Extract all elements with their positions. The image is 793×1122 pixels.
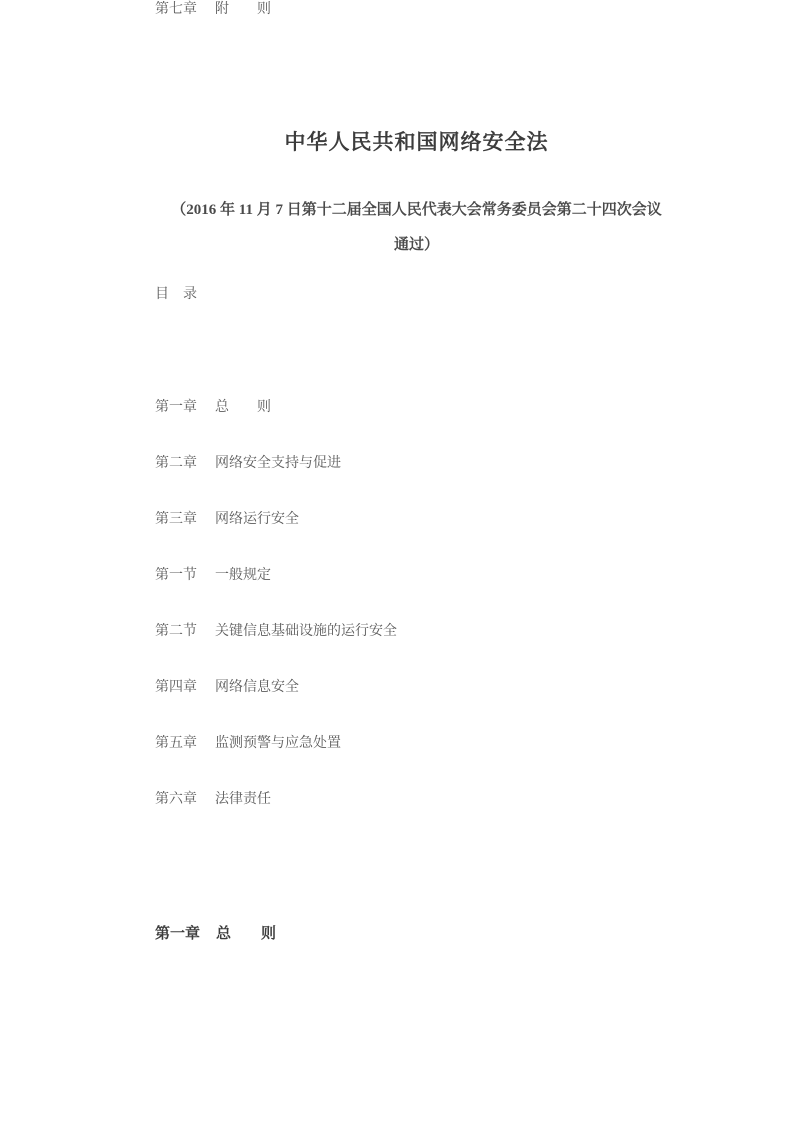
section-heading-label: 第一章 [155,924,200,945]
toc-item-title: 网络运行安全 [215,512,299,527]
toc-item-title: 网络安全支持与促进 [215,456,341,471]
toc-item-chapter-4: 第四章网络信息安全 [155,678,299,698]
subtitle-line-2: 通过） [394,237,439,253]
toc-item-title: 附 则 [215,2,271,17]
document-content: 中华人民共和国网络安全法 （2016 年 11 月 7 日第十二届全国人民代表大… [155,0,678,1122]
section-heading-chapter-1: 第一章总 则 [155,924,276,945]
toc-item-label: 第二节 [155,622,197,642]
toc-item-label: 第六章 [155,790,197,810]
toc-item-title: 网络信息安全 [215,680,299,695]
toc-heading: 目 录 [155,285,197,305]
toc-item-label: 第二章 [155,454,197,474]
section-heading-title: 总 则 [216,926,276,942]
toc-item-title: 监测预警与应急处置 [215,736,341,751]
toc-item-label: 第四章 [155,678,197,698]
toc-item-label: 第五章 [155,734,197,754]
toc-item-chapter-6: 第六章法律责任 [155,790,271,810]
toc-item-label: 第七章 [155,0,197,20]
document-title: 中华人民共和国网络安全法 [155,128,678,156]
toc-item-title: 关键信息基础设施的运行安全 [215,624,397,639]
toc-item-section-1: 第一节一般规定 [155,566,271,586]
toc-item-title: 总 则 [215,400,271,415]
toc-item-title: 一般规定 [215,568,271,583]
toc-item-label: 第一章 [155,398,197,418]
toc-item-title: 法律责任 [215,792,271,807]
toc-item-chapter-7: 第七章附 则 [155,0,271,20]
toc-item-chapter-2: 第二章网络安全支持与促进 [155,454,341,474]
document-page: 中华人民共和国网络安全法 （2016 年 11 月 7 日第十二届全国人民代表大… [0,0,793,1122]
toc-item-chapter-5: 第五章监测预警与应急处置 [155,734,341,754]
document-subtitle: （2016 年 11 月 7 日第十二届全国人民代表大会常务委员会第二十四次会议… [155,193,678,263]
subtitle-line-1: （2016 年 11 月 7 日第十二届全国人民代表大会常务委员会第二十四次会议 [171,202,661,218]
toc-item-chapter-3: 第三章网络运行安全 [155,510,299,530]
toc-item-label: 第一节 [155,566,197,586]
toc-item-section-2: 第二节关键信息基础设施的运行安全 [155,622,397,642]
toc-item-chapter-1: 第一章总 则 [155,398,271,418]
toc-item-label: 第三章 [155,510,197,530]
